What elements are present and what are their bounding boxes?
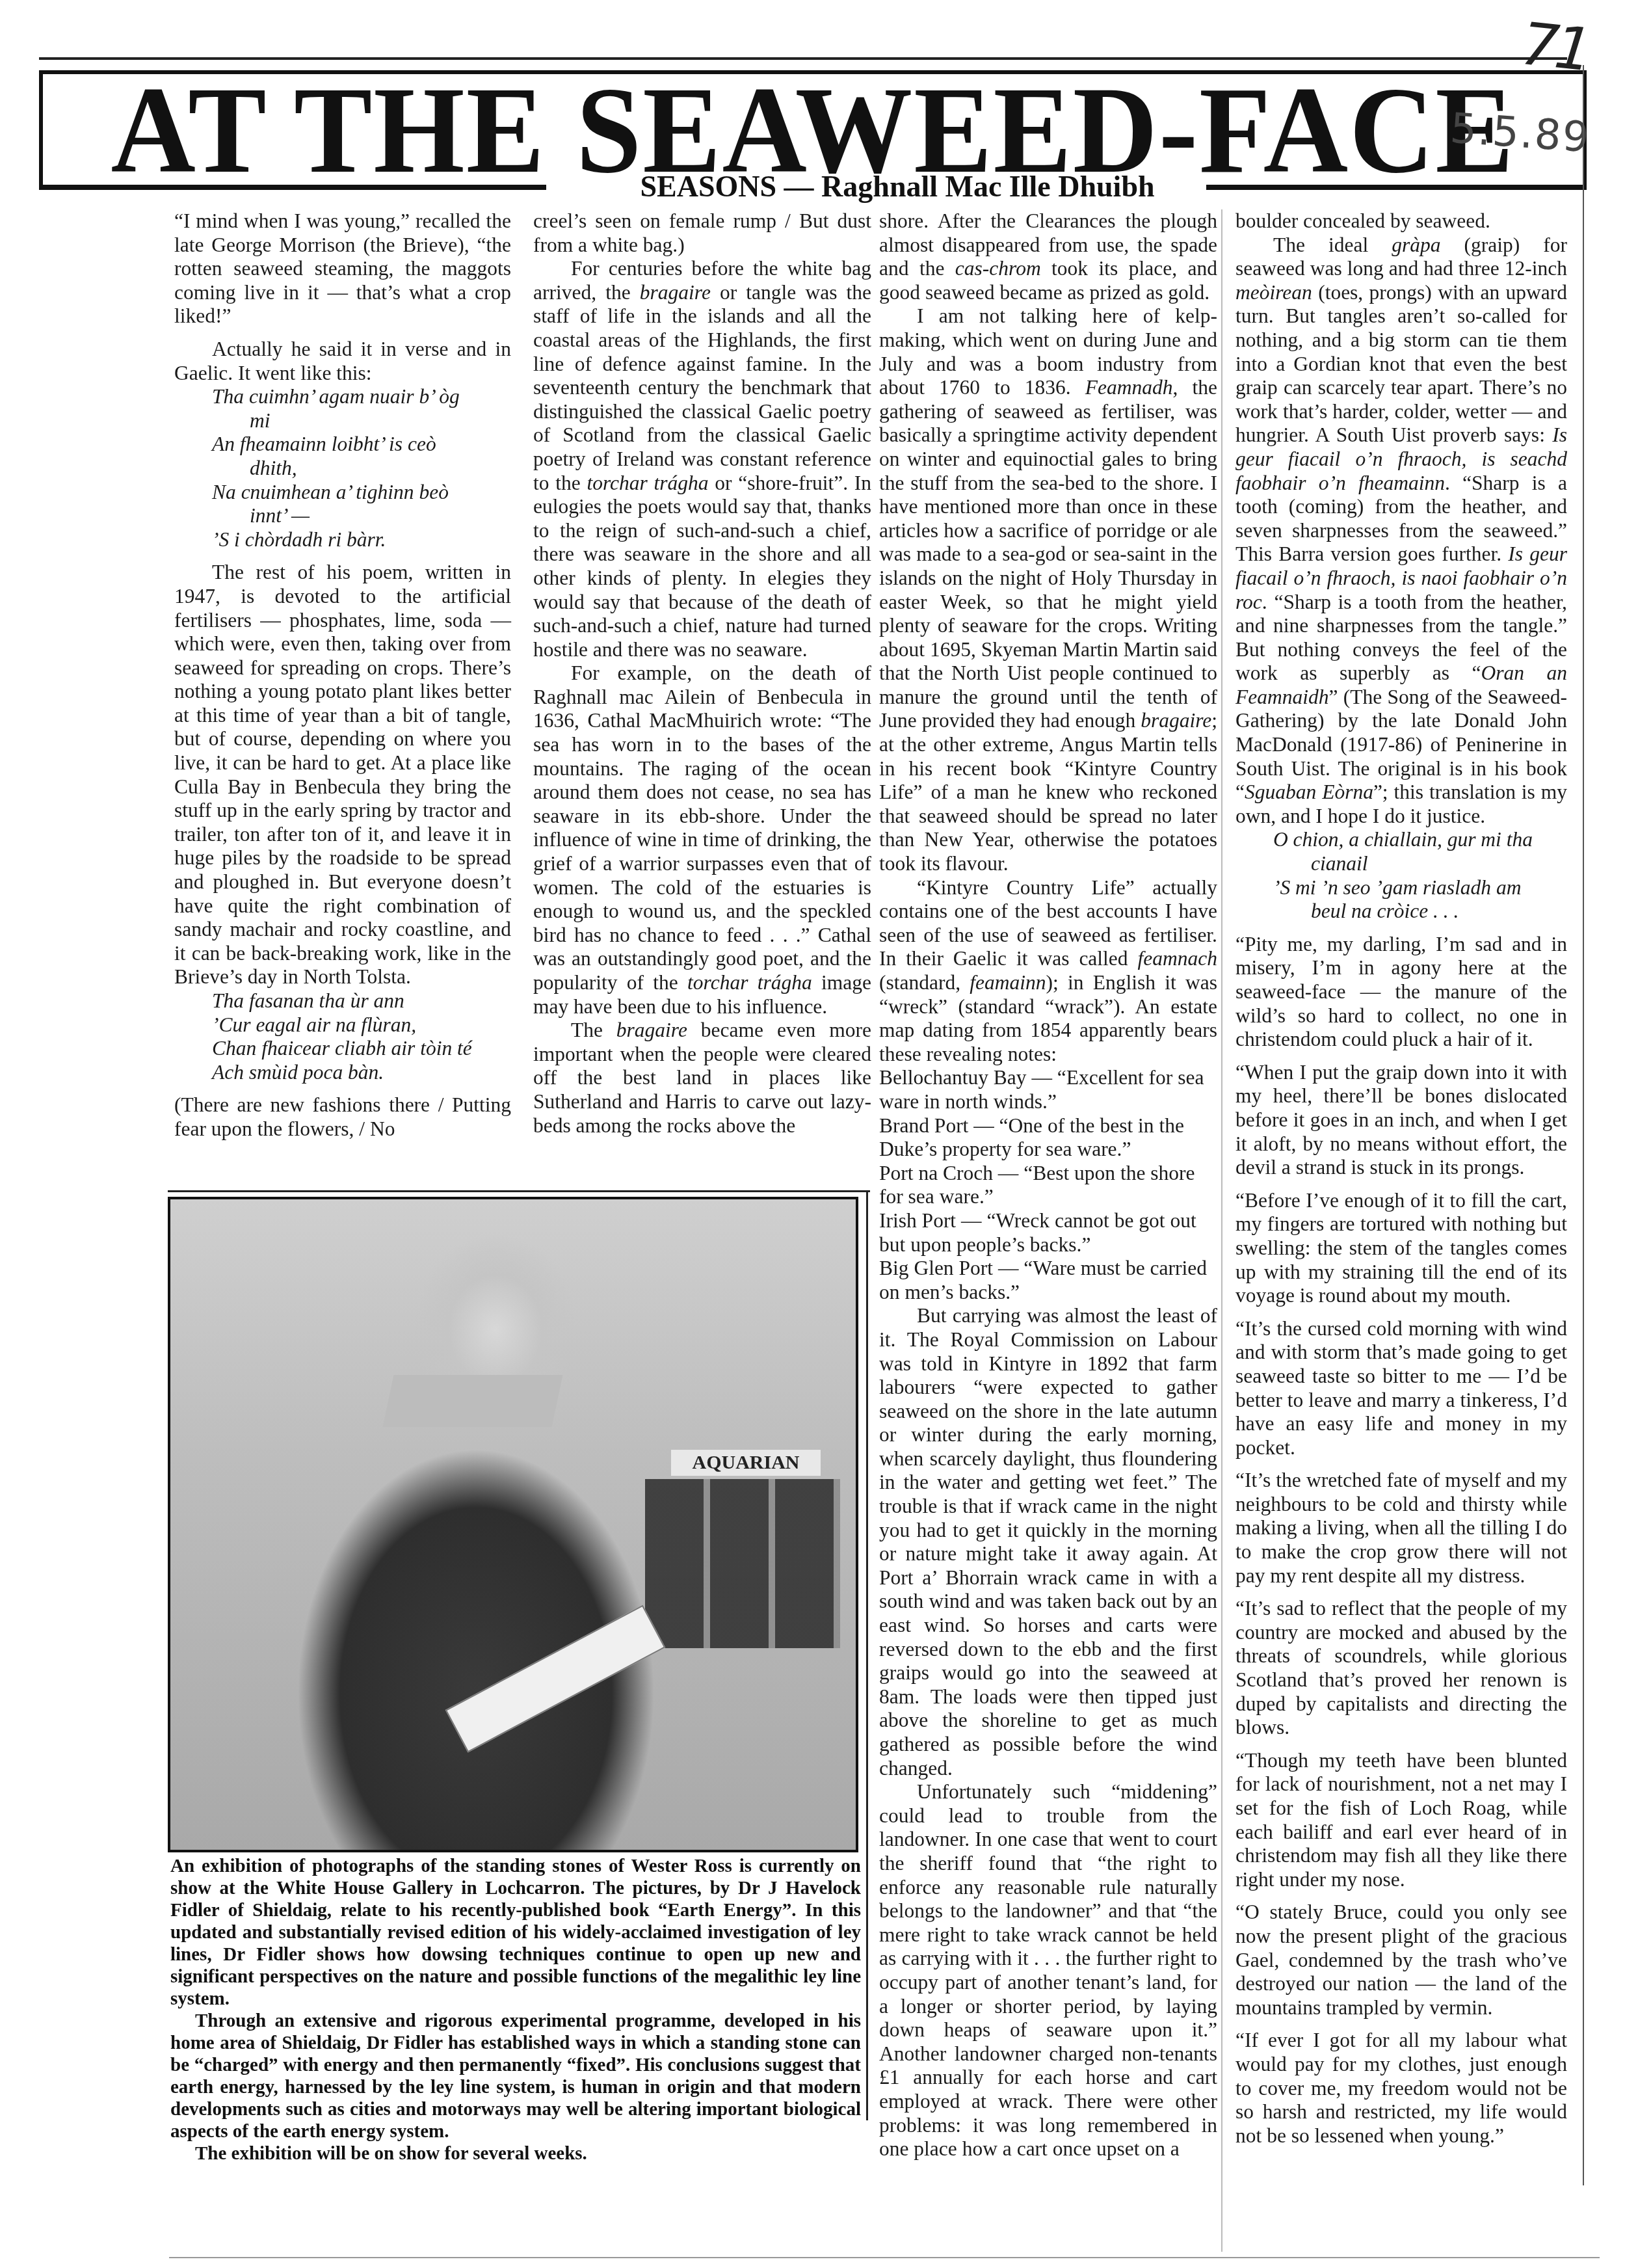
- caption-paragraph: The exhibition will be on show for sever…: [170, 2142, 861, 2165]
- article-column-3: shore. After the Clearances the plough a…: [879, 209, 1217, 2161]
- caption-paragraph: An exhibition of photographs of the stan…: [170, 1855, 861, 2010]
- translation-verse: “O stately Bruce, could you only see now…: [1235, 1901, 1567, 2020]
- poem-line: Tha fasanan tha ùr ann: [212, 989, 511, 1013]
- translation-verse: “If ever I got for all my labour what wo…: [1235, 2029, 1567, 2148]
- byline-rule-right: [1206, 185, 1587, 190]
- article-column-1: “I mind when I was young,” recalled the …: [174, 209, 511, 1141]
- paragraph: Unfortunately such “middening” could lea…: [879, 1780, 1217, 2161]
- paragraph: boulder concealed by seaweed.: [1235, 209, 1567, 233]
- paragraph: For example, on the death of Raghnall ma…: [533, 661, 871, 1019]
- poem-line: An fheamainn loibht’ is ceò: [212, 433, 436, 455]
- byline-row: SEASONS — Raghnall Mac Ille Dhuibh: [39, 170, 1587, 203]
- poem-line: O chion, a chiallain, gur mi tha: [1273, 828, 1533, 851]
- handwritten-date: 5.5.89: [1449, 105, 1592, 163]
- estate-map-note: Bellochantuy Bay — “Excellent for sea wa…: [879, 1066, 1217, 1114]
- estate-map-note: Irish Port — “Wreck cannot be got out bu…: [879, 1209, 1217, 1257]
- photo-sign: AQUARIAN: [671, 1450, 821, 1476]
- estate-map-note: Port na Croch — “Best upon the shore for…: [879, 1162, 1217, 1209]
- photo-caption: An exhibition of photographs of the stan…: [170, 1855, 861, 2165]
- news-photo-man-with-book: AQUARIAN: [168, 1197, 858, 1852]
- poem-line: ’S mi ’n seo ’gam riasladh am: [1273, 876, 1521, 899]
- top-rule: [39, 57, 1567, 60]
- bottom-rule: [169, 2257, 1600, 2258]
- poem-line-continuation: dhith,: [212, 457, 511, 481]
- paragraph: The rest of his poem, written in 1947, i…: [174, 561, 511, 989]
- column-divider: [1221, 209, 1222, 2252]
- gaelic-poem-2: Tha fasanan tha ùr ann ’Cur eagal air na…: [174, 989, 511, 1084]
- estate-map-note: Big Glen Port — “Ware must be carried on…: [879, 1257, 1217, 1304]
- poem-line: Chan fhaicear cliabh air tòin té: [212, 1037, 511, 1061]
- paragraph: I am not talking here of kelp-making, wh…: [879, 304, 1217, 875]
- paragraph: Actually he said it in verse and in Gael…: [174, 338, 511, 385]
- article-column-4: boulder concealed by seaweed. The ideal …: [1235, 209, 1567, 2148]
- translation-verse: “Pity me, my darling, I’m sad and in mis…: [1235, 933, 1567, 1052]
- poem-line-continuation: beul na cròice . . .: [1273, 900, 1567, 924]
- byline: SEASONS — Raghnall Mac Ille Dhuibh: [572, 170, 1222, 203]
- paragraph: “Kintyre Country Life” actually contains…: [879, 876, 1217, 1067]
- paragraph: (There are new fashions there / Putting …: [174, 1093, 511, 1141]
- photo-block-right-rule: [866, 1190, 868, 2120]
- paragraph: shore. After the Clearances the plough a…: [879, 209, 1217, 304]
- poem-line: ’Cur eagal air na flùran,: [212, 1013, 511, 1037]
- poem-line-continuation: cianail: [1273, 852, 1567, 876]
- photo-collar-shape: [382, 1375, 562, 1427]
- gaelic-song-excerpt: O chion, a chiallain, gur mi thacianail …: [1235, 828, 1567, 923]
- poem-line: Tha cuimhn’ agam nuair b’ òg: [212, 385, 460, 408]
- translation-verse: “Though my teeth have been blunted for l…: [1235, 1749, 1567, 1892]
- byline-rule-left: [39, 185, 546, 190]
- poem-line-continuation: mi: [212, 409, 511, 433]
- article-column-2: creel’s seen on female rump / But dust f…: [533, 209, 871, 1138]
- poem-line-continuation: innt’ —: [212, 504, 511, 528]
- paragraph: For centuries before the white bag arriv…: [533, 257, 871, 661]
- translation-verse: “It’s sad to reflect that the people of …: [1235, 1597, 1567, 1740]
- translation-verse: “Before I’ve enough of it to fill the ca…: [1235, 1189, 1567, 1308]
- photo-top-rule: [168, 1190, 870, 1192]
- translation-verse: “It’s the cursed cold morning with wind …: [1235, 1317, 1567, 1460]
- poem-line: Ach smùid poca bàn.: [212, 1061, 511, 1085]
- poem-line: ’S i chòrdadh ri bàrr.: [212, 528, 386, 551]
- paragraph: creel’s seen on female rump / But dust f…: [533, 209, 871, 257]
- translation-verse: “When I put the graip down into it with …: [1235, 1061, 1567, 1180]
- poem-line: Na cnuimhean a’ tighinn beò: [212, 481, 449, 503]
- caption-paragraph: Through an extensive and rigorous experi…: [170, 2010, 861, 2142]
- translation-verse: “It’s the wretched fate of myself and my…: [1235, 1469, 1567, 1588]
- photo-bookshelf-shape: [645, 1479, 840, 1648]
- paragraph: The bragaire became even more important …: [533, 1019, 871, 1138]
- page-right-rule: [1583, 65, 1584, 2185]
- estate-map-note: Brand Port — “One of the best in the Duk…: [879, 1114, 1217, 1162]
- paragraph: “I mind when I was young,” recalled the …: [174, 209, 511, 328]
- photo-book-shape: [445, 1605, 665, 1753]
- paragraph: But carrying was almost the least of it.…: [879, 1304, 1217, 1780]
- paragraph: The ideal gràpa (graip) for seaweed was …: [1235, 233, 1567, 829]
- gaelic-poem-1: Tha cuimhn’ agam nuair b’ ògmi An fheama…: [174, 385, 511, 552]
